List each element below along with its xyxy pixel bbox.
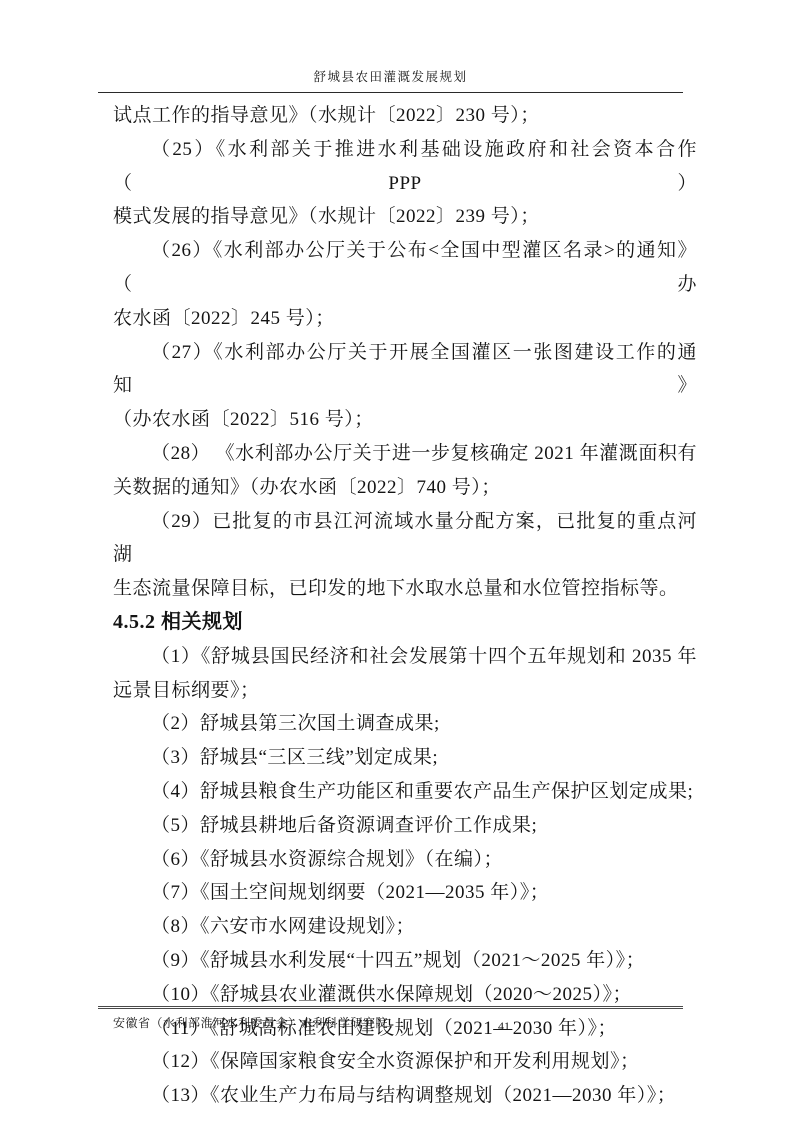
- body-line: 关数据的通知》（办农水函〔2022〕740 号）；: [113, 471, 697, 505]
- body-line: 远景目标纲要》；: [113, 674, 697, 708]
- body-line: （26）《水利部办公厅关于公布<全国中型灌区名录>的通知》（办: [113, 234, 697, 302]
- body-line: （13）《农业生产力布局与结构调整规划（2021—2030 年）》；: [113, 1079, 697, 1113]
- body-line: （6）《舒城县水资源综合规划》（在编）；: [113, 843, 697, 877]
- body-line: （12）《保障国家粮食安全水资源保护和开发利用规划》；: [113, 1045, 697, 1079]
- body-line: （3）舒城县“三区三线”划定成果;: [113, 741, 697, 775]
- body-line: （25）《水利部关于推进水利基础设施政府和社会资本合作（PPP）: [113, 133, 697, 201]
- body-line: （5）舒城县耕地后备资源调查评价工作成果;: [113, 809, 697, 843]
- body-line: 农水函〔2022〕245 号）；: [113, 302, 697, 336]
- header-title: 舒城县农田灌溉发展规划: [313, 70, 467, 84]
- body-line: （28） 《水利部办公厅关于进一步复核确定 2021 年灌溉面积有: [113, 437, 697, 471]
- document-page: 舒城县农田灌溉发展规划 试点工作的指导意见》（水规计〔2022〕230 号）； …: [0, 0, 794, 1122]
- body-line: （1）《舒城县国民经济和社会发展第十四个五年规划和 2035 年: [113, 640, 697, 674]
- body-line: （2）舒城县第三次国土调查成果;: [113, 707, 697, 741]
- page-footer: 安徽省（水利部淮河水利委员会）水利科学研究院 41: [98, 1006, 683, 1031]
- body-line: （8）《六安市水网建设规划》；: [113, 910, 697, 944]
- body-line: 试点工作的指导意见》（水规计〔2022〕230 号）；: [113, 99, 697, 133]
- body-line: 模式发展的指导意见》（水规计〔2022〕239 号）；: [113, 200, 697, 234]
- body-line: （7）《国土空间规划纲要（2021—2035 年）》；: [113, 876, 697, 910]
- body-line: （9）《舒城县水利发展“十四五”规划（2021～2025 年）》；: [113, 944, 697, 978]
- body-line: （27）《水利部办公厅关于开展全国灌区一张图建设工作的通知》: [113, 336, 697, 404]
- body-line: （4）舒城县粮食生产功能区和重要农产品生产保护区划定成果;: [113, 775, 697, 809]
- body-line: 生态流量保障目标，已印发的地下水取水总量和水位管控指标等。: [113, 572, 697, 606]
- page-header: 舒城县农田灌溉发展规划: [98, 66, 683, 93]
- document-body: 试点工作的指导意见》（水规计〔2022〕230 号）； （25）《水利部关于推进…: [113, 99, 697, 1113]
- footer-institution: 安徽省（水利部淮河水利委员会）水利科学研究院: [113, 1016, 388, 1030]
- section-heading: 4.5.2 相关规划: [113, 606, 697, 640]
- body-line: （办农水函〔2022〕516 号）；: [113, 403, 697, 437]
- page-number: 41: [498, 1018, 510, 1034]
- body-line: （29）已批复的市县江河流域水量分配方案，已批复的重点河湖: [113, 505, 697, 573]
